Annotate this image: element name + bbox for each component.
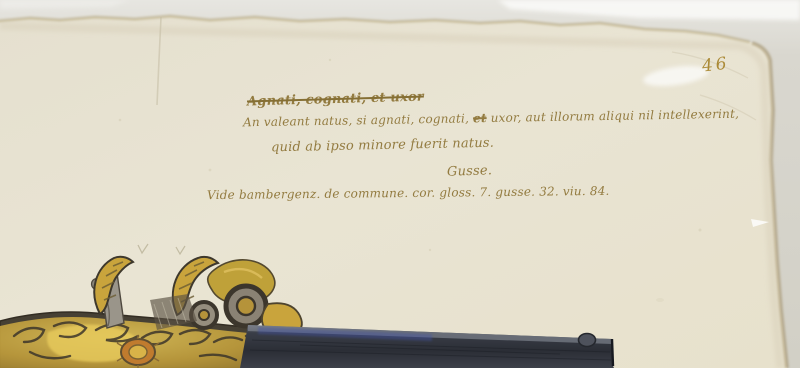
manuscript-photograph: Agnati, cognati, et uxor An valeant natu…: [0, 0, 800, 368]
barrel-sight: [579, 334, 596, 347]
handwriting-line-2-struck-word: et: [473, 111, 487, 125]
scene-art: [0, 0, 800, 368]
page-number: 46: [701, 53, 731, 76]
handwriting-line-4: Gusse.: [447, 163, 493, 180]
